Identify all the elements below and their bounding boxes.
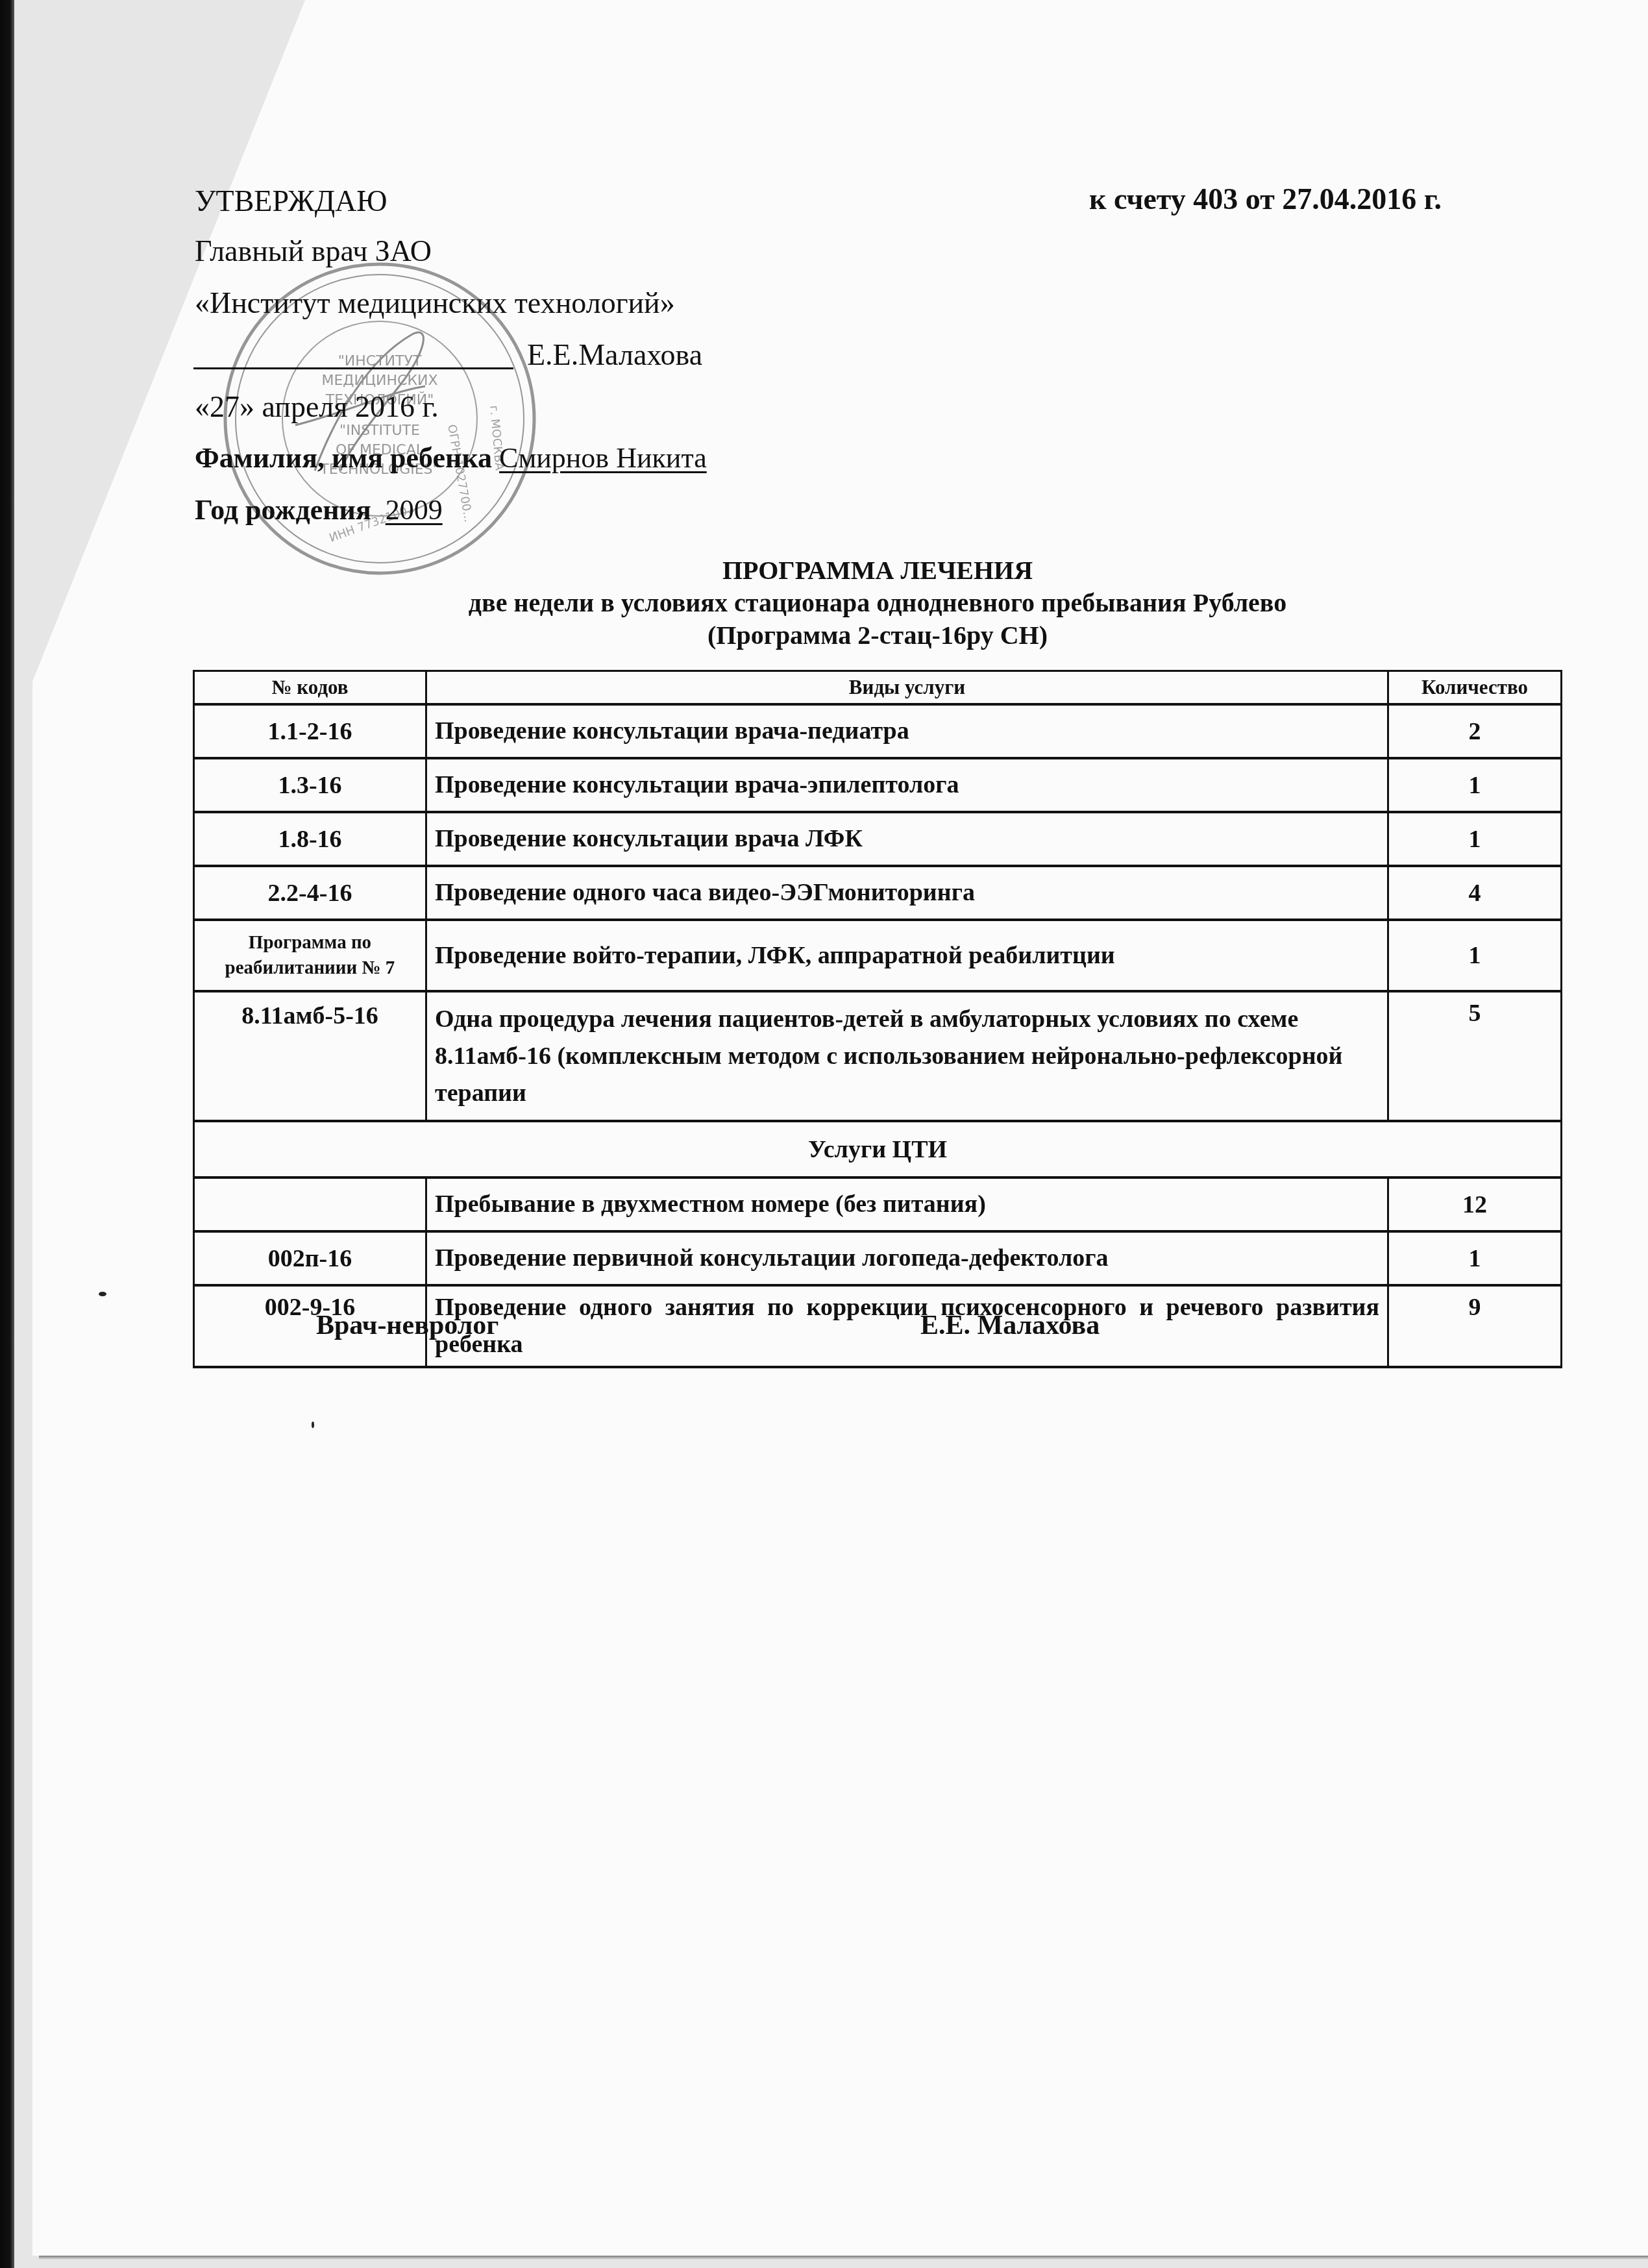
table-row: 1.3-16 Проведение консультации врача-эпи… (194, 758, 1562, 812)
row-quantity: 1 (1388, 920, 1562, 991)
signer-name: Е.Е. Малахова (920, 1310, 1100, 1341)
row-service: Проведение войто-терапии, ЛФК, аппраратн… (426, 920, 1388, 991)
row-service: Пребывание в двухместном номере (без пит… (426, 1177, 1388, 1231)
row-quantity: 2 (1388, 704, 1562, 758)
section-label: Услуги ЦТИ (194, 1121, 1562, 1177)
table-row: 002п-16 Проведение первичной консультаци… (194, 1231, 1562, 1285)
scan-speck (99, 1292, 106, 1296)
row-service: Проведение первичной консультации логопе… (426, 1231, 1388, 1285)
program-code: (Программа 2-стац-16ру СН) (193, 620, 1562, 650)
header-service: Виды услуги (426, 671, 1388, 705)
signature-line (193, 367, 513, 369)
row-quantity: 1 (1388, 758, 1562, 812)
table-row: 8.11амб-5-16 Одна процедура лечения паци… (194, 991, 1562, 1121)
table-row: Пребывание в двухместном номере (без пит… (194, 1177, 1562, 1231)
row-quantity: 1 (1388, 1231, 1562, 1285)
row-service: Проведение консультации врача-педиатра (426, 704, 1388, 758)
approver-position: Главный врач ЗАО (195, 234, 432, 268)
table-row: 1.8-16 Проведение консультации врача ЛФК… (194, 812, 1562, 866)
row-code: 1.3-16 (194, 758, 426, 812)
scan-speck (312, 1422, 314, 1428)
row-code: 8.11амб-5-16 (194, 991, 426, 1121)
patient-name-value: Смирнов Никита (499, 442, 707, 474)
section-row: Услуги ЦТИ (194, 1121, 1562, 1177)
header-code: № кодов (194, 671, 426, 705)
row-code (194, 1177, 426, 1231)
table-row: 1.1-2-16 Проведение консультации врача-п… (194, 704, 1562, 758)
approver-name: Е.Е.Малахова (527, 338, 702, 372)
birth-year-field: Год рождения 2009 (195, 493, 443, 526)
approve-heading: УТВЕРЖДАЮ (195, 184, 387, 218)
birth-year-label: Год рождения (195, 494, 371, 526)
row-code: 1.8-16 (194, 812, 426, 866)
page-bottom-edge (39, 2256, 1648, 2260)
row-quantity: 5 (1388, 991, 1562, 1121)
scanner-edge (0, 0, 14, 2268)
row-service: Проведение консультации врача-эпилептоло… (426, 758, 1388, 812)
row-code: 1.1-2-16 (194, 704, 426, 758)
row-code: 2.2-4-16 (194, 866, 426, 920)
row-code: 002п-16 (194, 1231, 426, 1285)
row-service: Проведение одного часа видео-ЭЭГмонитори… (426, 866, 1388, 920)
patient-name-field: Фамилия, имя ребенка Смирнов Никита (195, 441, 707, 475)
birth-year-value: 2009 (386, 494, 443, 526)
invoice-reference: к счету 403 от 27.04.2016 г. (1089, 182, 1442, 216)
row-quantity: 9 (1388, 1285, 1562, 1367)
row-quantity: 12 (1388, 1177, 1562, 1231)
signer-role: Врач-невролог (316, 1310, 498, 1341)
patient-name-label: Фамилия, имя ребенка (195, 442, 492, 474)
services-table: № кодов Виды услуги Количество 1.1-2-16 … (193, 670, 1562, 1368)
row-quantity: 1 (1388, 812, 1562, 866)
table-header-row: № кодов Виды услуги Количество (194, 671, 1562, 705)
header-quantity: Количество (1388, 671, 1562, 705)
approval-date: «27» апреля 2016 г. (195, 389, 439, 424)
program-subtitle: две недели в условиях стационара однодне… (193, 587, 1562, 618)
table-row: 2.2-4-16 Проведение одного часа видео-ЭЭ… (194, 866, 1562, 920)
row-quantity: 4 (1388, 866, 1562, 920)
table-row: Программа по реабилитаниии № 7 Проведени… (194, 920, 1562, 991)
row-service: Проведение одного занятия по коррекции п… (426, 1285, 1388, 1367)
organization-name: «Институт медицинских технологий» (195, 286, 675, 320)
row-service: Проведение консультации врача ЛФК (426, 812, 1388, 866)
row-code: Программа по реабилитаниии № 7 (194, 920, 426, 991)
row-service: Одна процедура лечения пациентов-детей в… (426, 991, 1388, 1121)
program-title: ПРОГРАММА ЛЕЧЕНИЯ (193, 555, 1562, 585)
